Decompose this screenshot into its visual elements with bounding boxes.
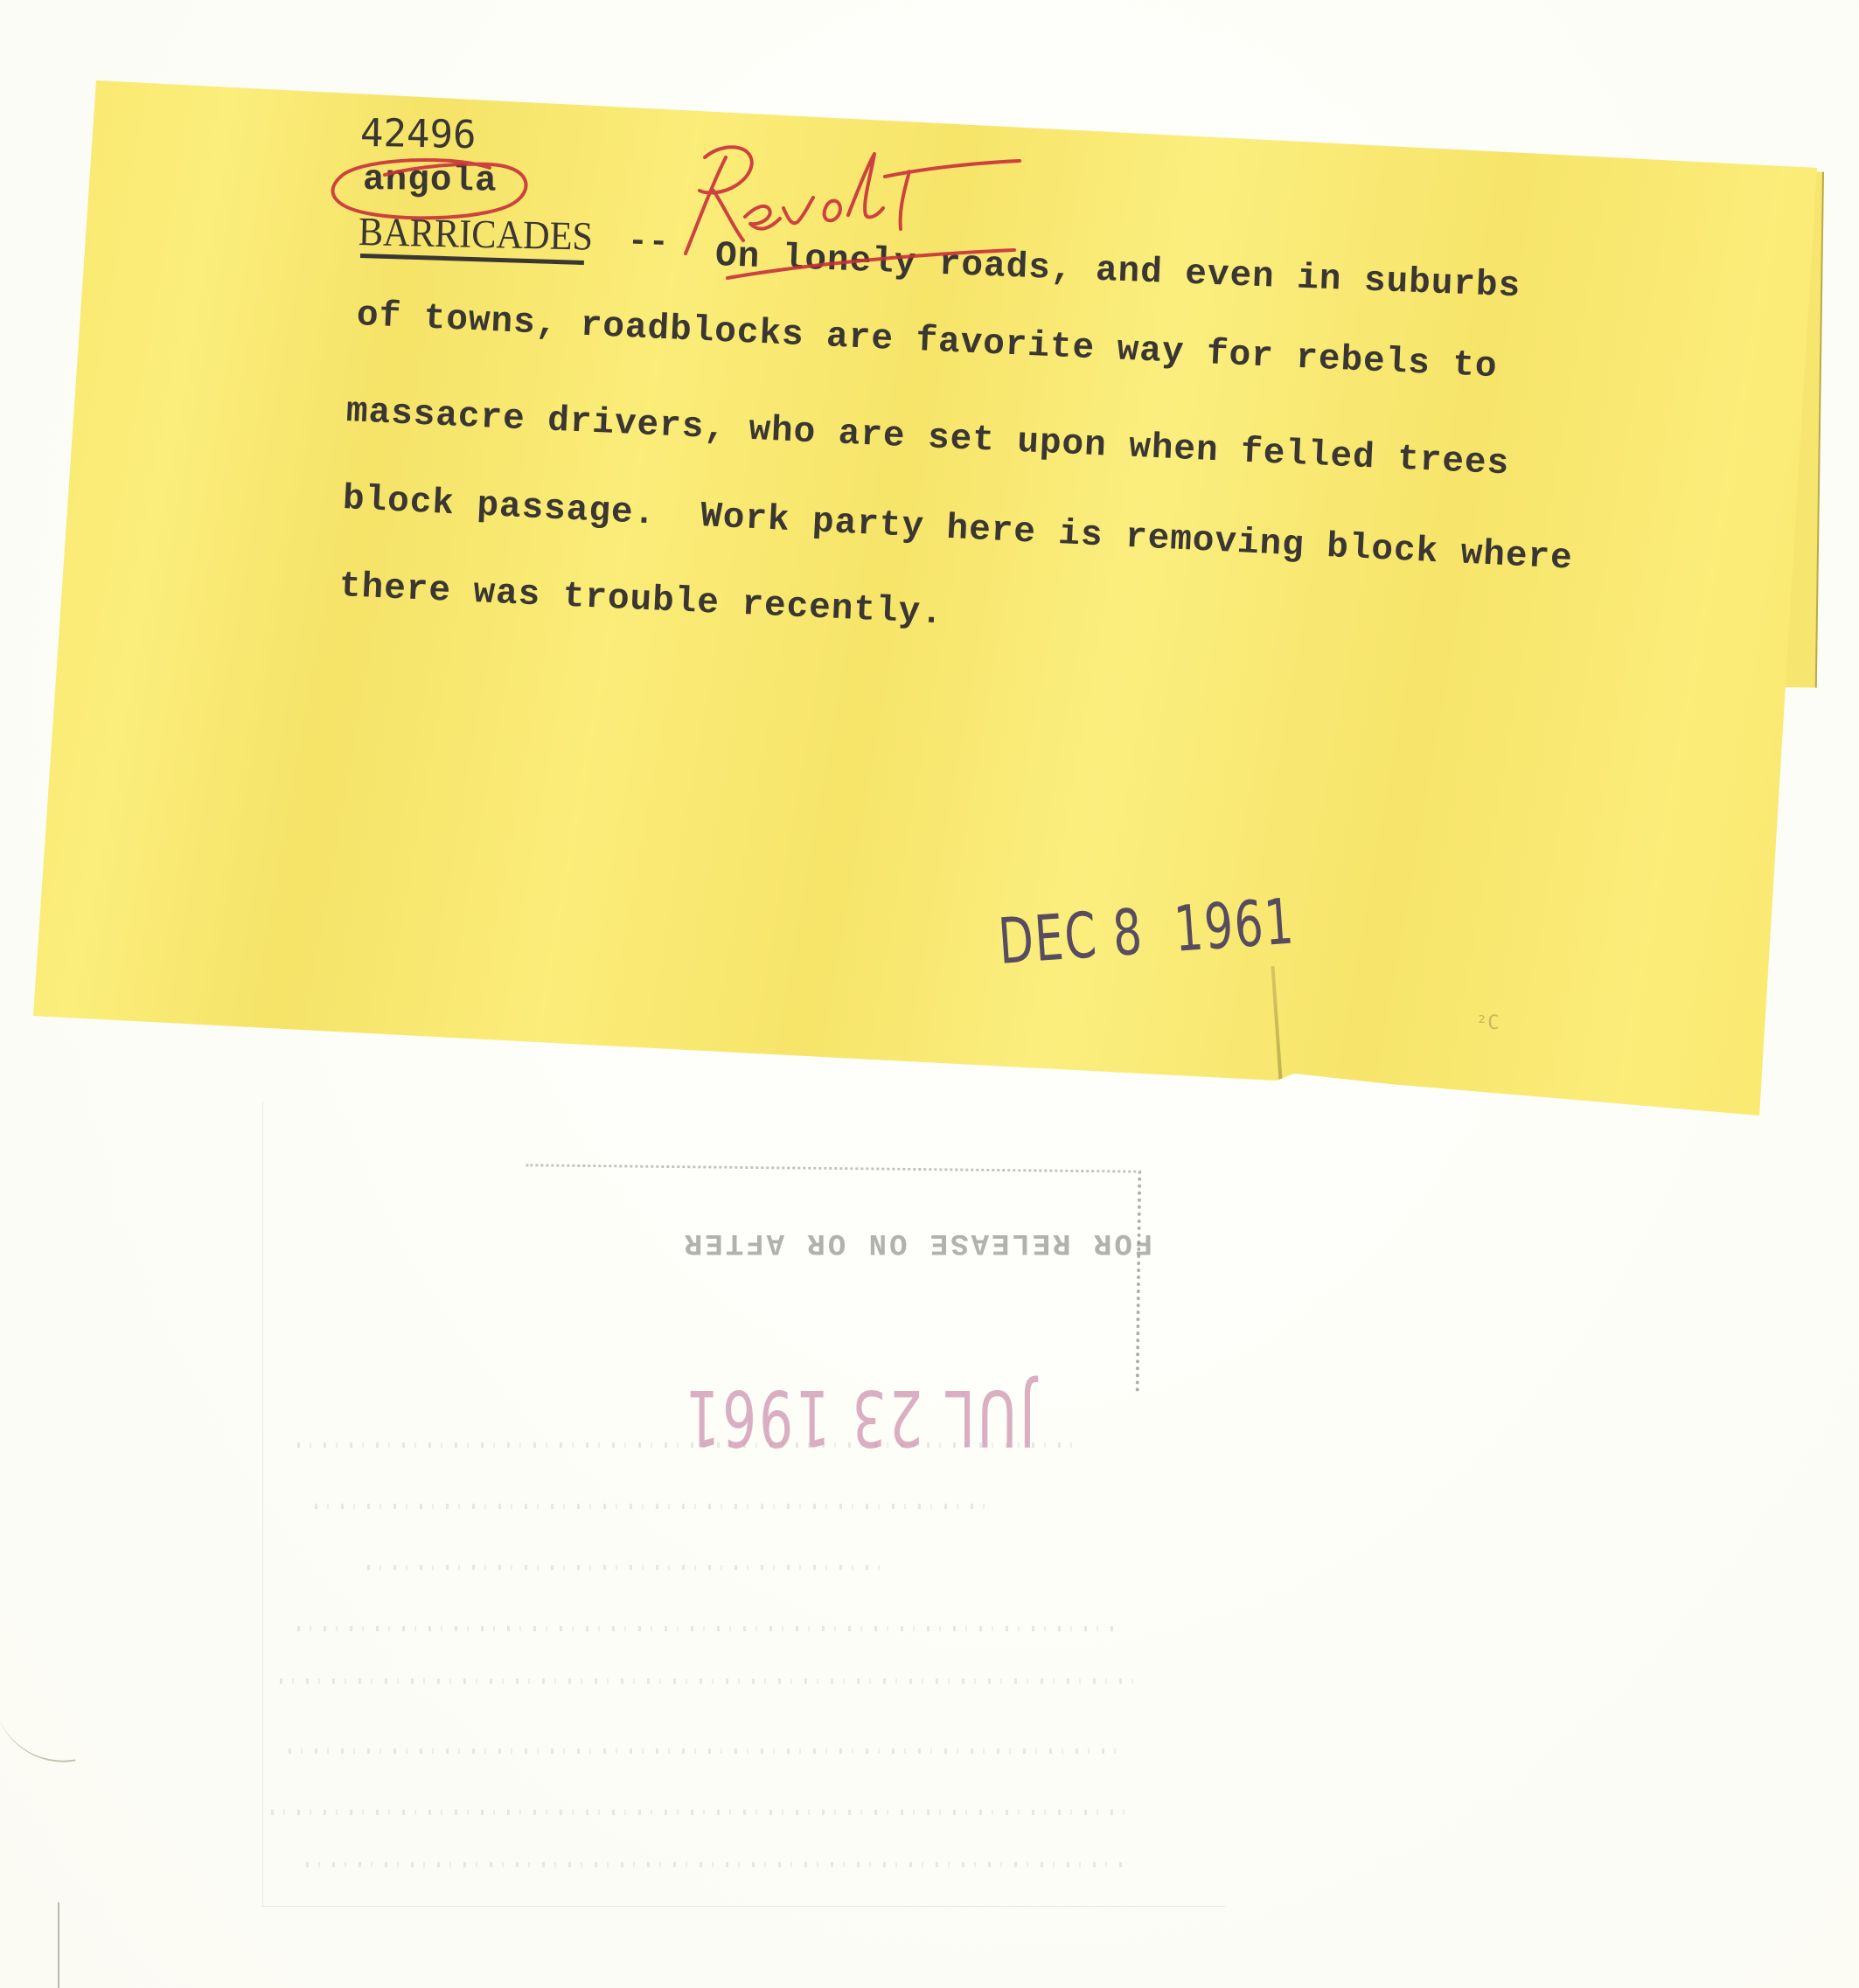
country-tag: angola (363, 160, 498, 202)
headline: BARRICADES (358, 208, 593, 260)
faint-mark: ²C (1476, 1012, 1500, 1034)
headline-dash: -- (627, 223, 670, 262)
paper-tear (1271, 966, 1282, 1080)
caption-slip: 42496 angola BARRICADES -- On lonely roa… (0, 0, 1859, 1136)
release-stamp-text: FOR RELEASE ON OR AFTER (682, 1226, 1152, 1259)
caption-line-3: massacre drivers, who are set upon when … (345, 392, 1510, 484)
caption-line-1: On lonely roads, and even in suburbs (714, 236, 1521, 307)
reference-number: 42496 (360, 111, 477, 157)
bleed-through-text (262, 1416, 1224, 1906)
date-stamp: DEC 8 1961 (996, 884, 1297, 977)
caption-line-2: of towns, roadblocks are favorite way fo… (356, 295, 1499, 387)
release-stamp-box (524, 1164, 1142, 1391)
caption-line-5: there was trouble recently. (338, 567, 944, 634)
scan-edge-line (58, 1902, 59, 1988)
caption-line-4: block passage. Work party here is removi… (342, 479, 1574, 580)
